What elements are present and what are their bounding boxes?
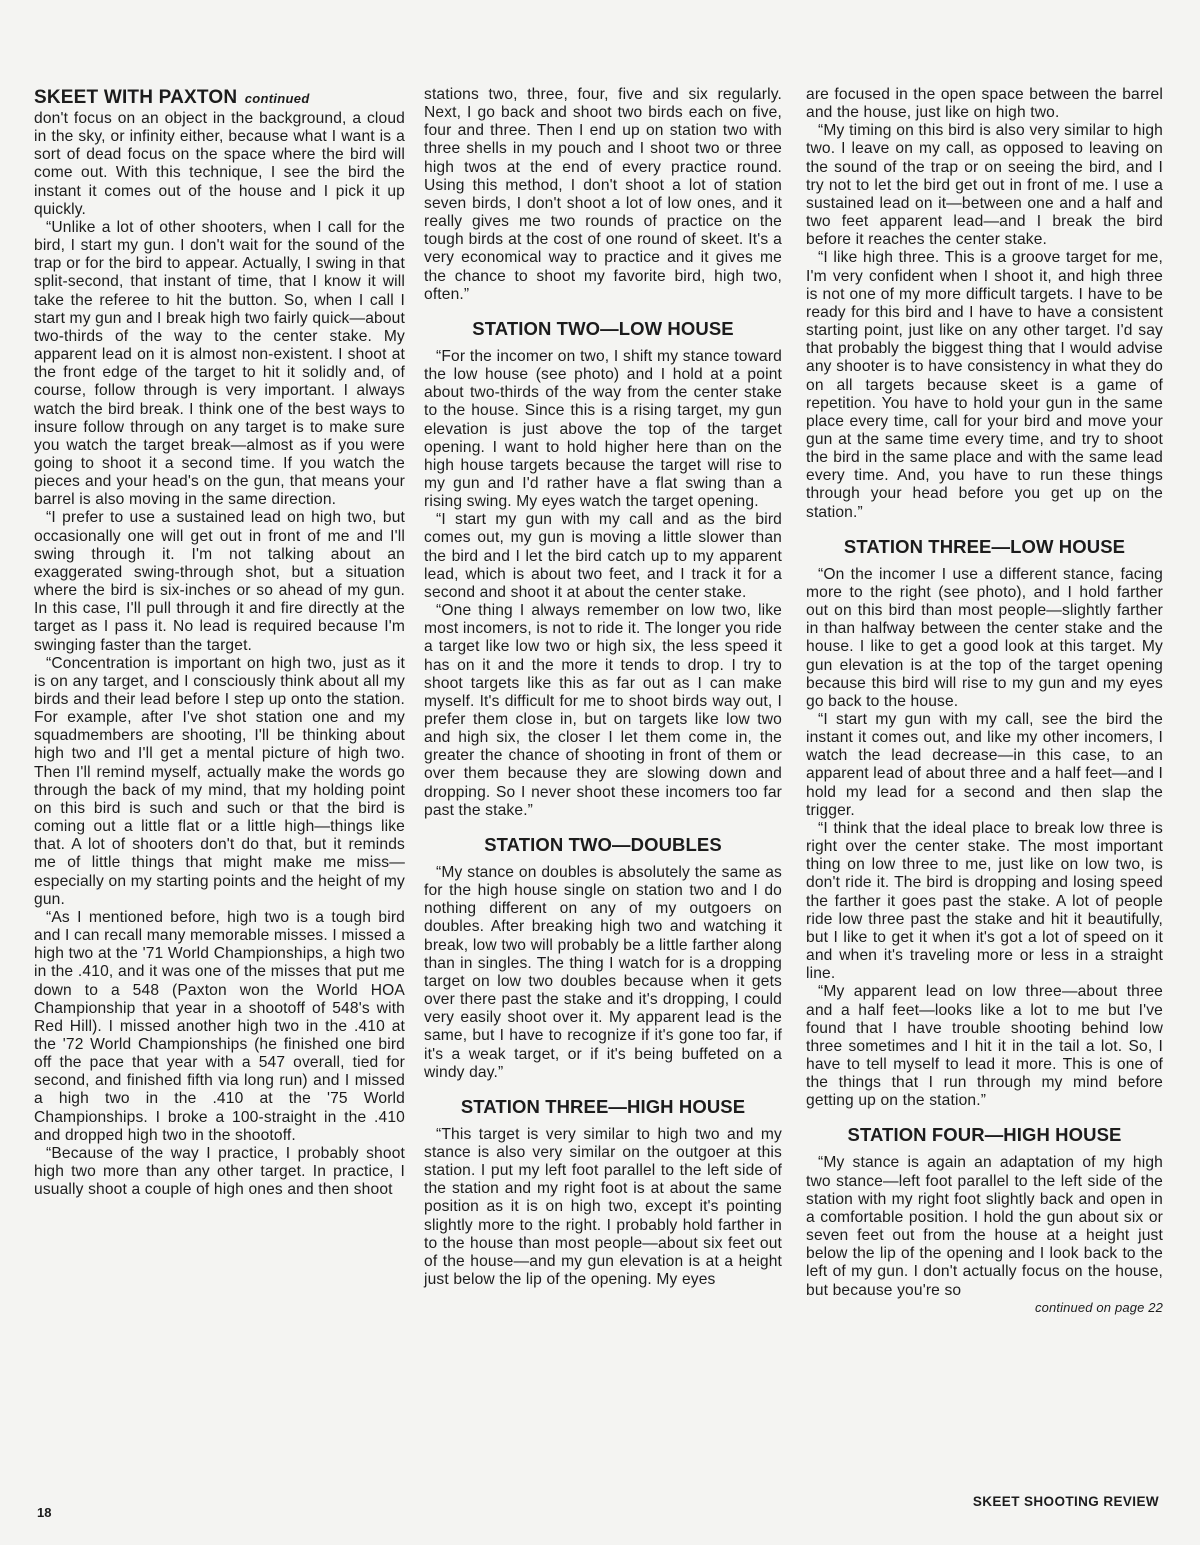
paragraph: “My stance on doubles is absolutely the … bbox=[424, 864, 782, 1082]
paragraph: “My timing on this bird is also very sim… bbox=[806, 122, 1163, 249]
magazine-name: SKEET SHOOTING REVIEW bbox=[973, 1494, 1159, 1509]
section-heading-station-three-high-house: STATION THREE—HIGH HOUSE bbox=[424, 1096, 782, 1118]
continued-on-page-note: continued on page 22 bbox=[806, 1300, 1163, 1316]
paragraph: don't focus on an object in the backgrou… bbox=[34, 110, 405, 219]
paragraph: “I start my gun with my call and as the … bbox=[424, 511, 782, 602]
paragraph: “For the incomer on two, I shift my stan… bbox=[424, 348, 782, 511]
article-column-1: SKEET WITH PAXTON continued don't focus … bbox=[34, 88, 405, 1199]
page-number: 18 bbox=[37, 1505, 51, 1520]
article-title: SKEET WITH PAXTON bbox=[34, 87, 237, 108]
paragraph: “As I mentioned before, high two is a to… bbox=[34, 909, 405, 1145]
paragraph: “On the incomer I use a different stance… bbox=[806, 566, 1163, 711]
paragraph: “My apparent lead on low three—about thr… bbox=[806, 983, 1163, 1110]
section-heading-station-two-low-house: STATION TWO—LOW HOUSE bbox=[424, 318, 782, 340]
paragraph: “My stance is again an adaptation of my … bbox=[806, 1154, 1163, 1299]
paragraph: “One thing I always remember on low two,… bbox=[424, 602, 782, 820]
running-head: SKEET WITH PAXTON continued bbox=[34, 88, 405, 109]
paragraph: “I think that the ideal place to break l… bbox=[806, 820, 1163, 983]
paragraph: stations two, three, four, five and six … bbox=[424, 86, 782, 304]
section-heading-station-four-high-house: STATION FOUR—HIGH HOUSE bbox=[806, 1124, 1163, 1146]
article-column-2: stations two, three, four, five and six … bbox=[424, 86, 782, 1289]
paragraph: “I prefer to use a sustained lead on hig… bbox=[34, 509, 405, 654]
magazine-page: SKEET WITH PAXTON continued don't focus … bbox=[0, 0, 1200, 1545]
paragraph: are focused in the open space between th… bbox=[806, 86, 1163, 122]
article-column-3: are focused in the open space between th… bbox=[806, 86, 1163, 1316]
section-heading-station-two-doubles: STATION TWO—DOUBLES bbox=[424, 834, 782, 856]
paragraph: “I like high three. This is a groove tar… bbox=[806, 249, 1163, 521]
paragraph: “Unlike a lot of other shooters, when I … bbox=[34, 219, 405, 510]
paragraph: “I start my gun with my call, see the bi… bbox=[806, 711, 1163, 820]
paragraph: “Because of the way I practice, I probab… bbox=[34, 1145, 405, 1199]
paragraph: “This target is very similar to high two… bbox=[424, 1126, 782, 1289]
continued-label: continued bbox=[245, 91, 310, 106]
section-heading-station-three-low-house: STATION THREE—LOW HOUSE bbox=[806, 536, 1163, 558]
paragraph: “Concentration is important on high two,… bbox=[34, 655, 405, 909]
